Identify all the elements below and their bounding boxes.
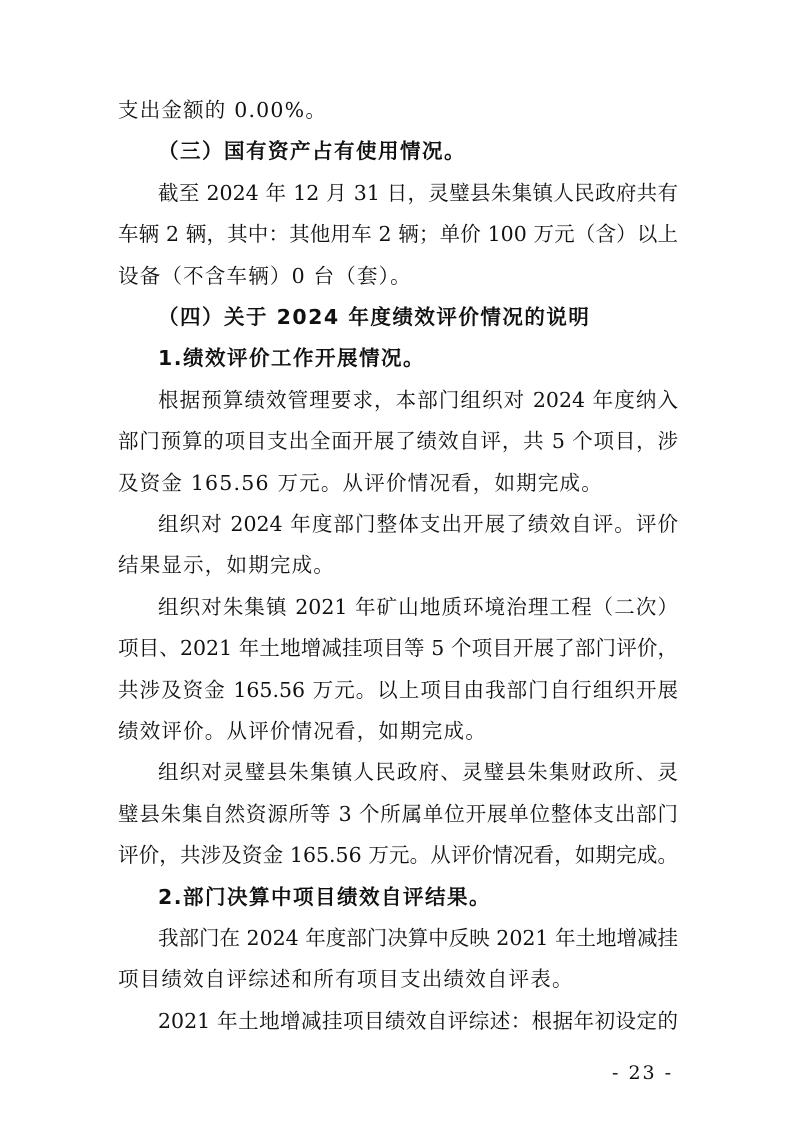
- paragraph-line: 组织对朱集镇 2021 年矿山地质环境治理工程（二次）: [158, 593, 678, 621]
- paragraph-line: 2021 年土地增减挂项目绩效自评综述：根据年初设定的: [158, 1007, 678, 1035]
- section-heading: 2.部门决算中项目绩效自评结果。: [158, 883, 718, 911]
- paragraph-line: 组织对 2024 年度部门整体支出开展了绩效自评。评价: [158, 510, 678, 538]
- paragraph-line: 项目、2021 年土地增减挂项目等 5 个项目开展了部门评价，: [118, 634, 678, 662]
- paragraph-line: 共涉及资金 165.56 万元。以上项目由我部门自行组织开展: [118, 676, 678, 704]
- paragraph-line: 及资金 165.56 万元。从评价情况看，如期完成。: [118, 469, 678, 497]
- paragraph-line: 设备（不含车辆）0 台（套）。: [118, 262, 678, 290]
- paragraph-line: 绩效评价。从评价情况看，如期完成。: [118, 717, 678, 745]
- paragraph-line: 我部门在 2024 年度部门决算中反映 2021 年土地增减挂: [158, 924, 678, 952]
- paragraph-line: 根据预算绩效管理要求，本部门组织对 2024 年度纳入: [158, 386, 678, 414]
- paragraph-line: 截至 2024 年 12 月 31 日，灵璧县朱集镇人民政府共有: [158, 179, 678, 207]
- paragraph-line: 评价，共涉及资金 165.56 万元。从评价情况看，如期完成。: [118, 841, 678, 869]
- paragraph-line: 部门预算的项目支出全面开展了绩效自评，共 5 个项目，涉: [118, 427, 678, 455]
- paragraph-line: 车辆 2 辆，其中：其他用车 2 辆；单价 100 万元（含）以上: [118, 220, 678, 248]
- section-heading: （三）国有资产占有使用情况。: [158, 137, 718, 165]
- section-heading: 1.绩效评价工作开展情况。: [158, 344, 718, 372]
- paragraph-line: 组织对灵璧县朱集镇人民政府、灵璧县朱集财政所、灵: [158, 758, 678, 786]
- paragraph-line: 支出金额的 0.00%。: [118, 96, 678, 124]
- paragraph-line: 项目绩效自评综述和所有项目支出绩效自评表。: [118, 965, 678, 993]
- section-heading: （四）关于 2024 年度绩效评价情况的说明: [158, 303, 718, 331]
- paragraph-line: 结果显示，如期完成。: [118, 551, 678, 579]
- paragraph-line: 璧县朱集自然资源所等 3 个所属单位开展单位整体支出部门: [118, 800, 678, 828]
- page-number: - 23 -: [612, 1062, 673, 1084]
